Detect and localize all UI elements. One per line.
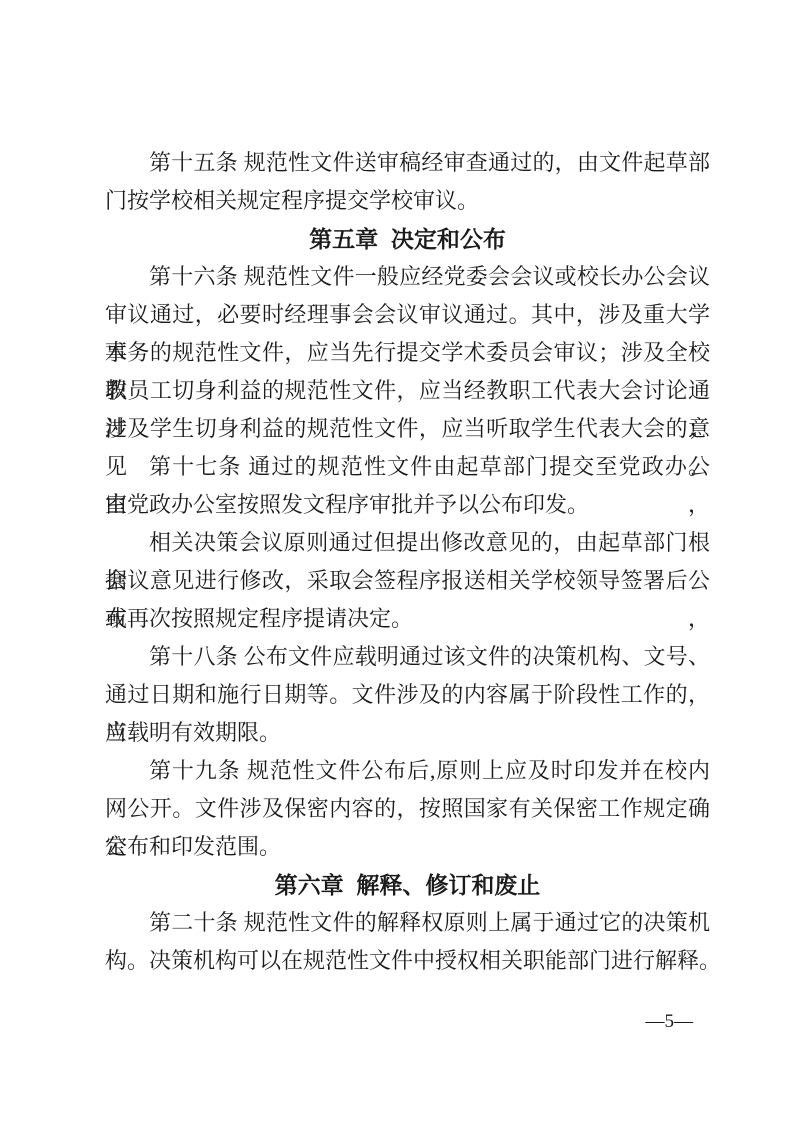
chapter-heading-5: 第五章 决定和公布 [105,220,710,258]
paragraph-line-article-17: 第十七条 通过的规范性文件由起草部门提交至党政办公室， [105,448,710,486]
paragraph-line: 职员工切身利益的规范性文件，应当经教职工代表大会讨论通过； [105,372,710,410]
document-body: 第十五条 规范性文件送审稿经审查通过的，由文件起草部 门按学校相关规定程序提交学… [105,144,710,980]
paragraph-line: 门按学校相关规定程序提交学校审议。 [105,182,710,220]
paragraph-line: 通过日期和施行日期等。文件涉及的内容属于阶段性工作的，应 [105,676,710,714]
paragraph-line: 相关决策会议原则通过但提出修改意见的，由起草部门根据 [105,524,710,562]
paragraph-line: 涉及学生切身利益的规范性文件，应当听取学生代表大会的意见。 [105,410,710,448]
paragraph-line: 当载明有效期限。 [105,714,710,752]
paragraph-line: 构。决策机构可以在规范性文件中授权相关职能部门进行解释。 [105,942,710,980]
page-number: —5— [646,1008,694,1036]
paragraph-line-article-18: 第十八条 公布文件应载明通过该文件的决策机构、文号、 [105,638,710,676]
paragraph-line: 公布和印发范围。 [105,828,710,866]
paragraph-line-article-15: 第十五条 规范性文件送审稿经审查通过的，由文件起草部 [105,144,710,182]
document-page: 第十五条 规范性文件送审稿经审查通过的，由文件起草部 门按学校相关规定程序提交学… [0,0,793,1122]
paragraph-line-article-16: 第十六条 规范性文件一般应经党委会会议或校长办公会议 [105,258,710,296]
chapter-heading-6: 第六章 解释、修订和废止 [105,866,710,904]
paragraph-line-article-20: 第二十条 规范性文件的解释权原则上属于通过它的决策机 [105,904,710,942]
paragraph-line: 网公开。文件涉及保密内容的，按照国家有关保密工作规定确定 [105,790,710,828]
paragraph-line: 事务的规范性文件，应当先行提交学术委员会审议；涉及全校教 [105,334,710,372]
paragraph-line: 会议意见进行修改，采取会签程序报送相关学校领导签署后公布， [105,562,710,600]
paragraph-line-article-19: 第十九条 规范性文件公布后,原则上应及时印发并在校内 [105,752,710,790]
paragraph-line: 审议通过，必要时经理事会会议审议通过。其中，涉及重大学术 [105,296,710,334]
